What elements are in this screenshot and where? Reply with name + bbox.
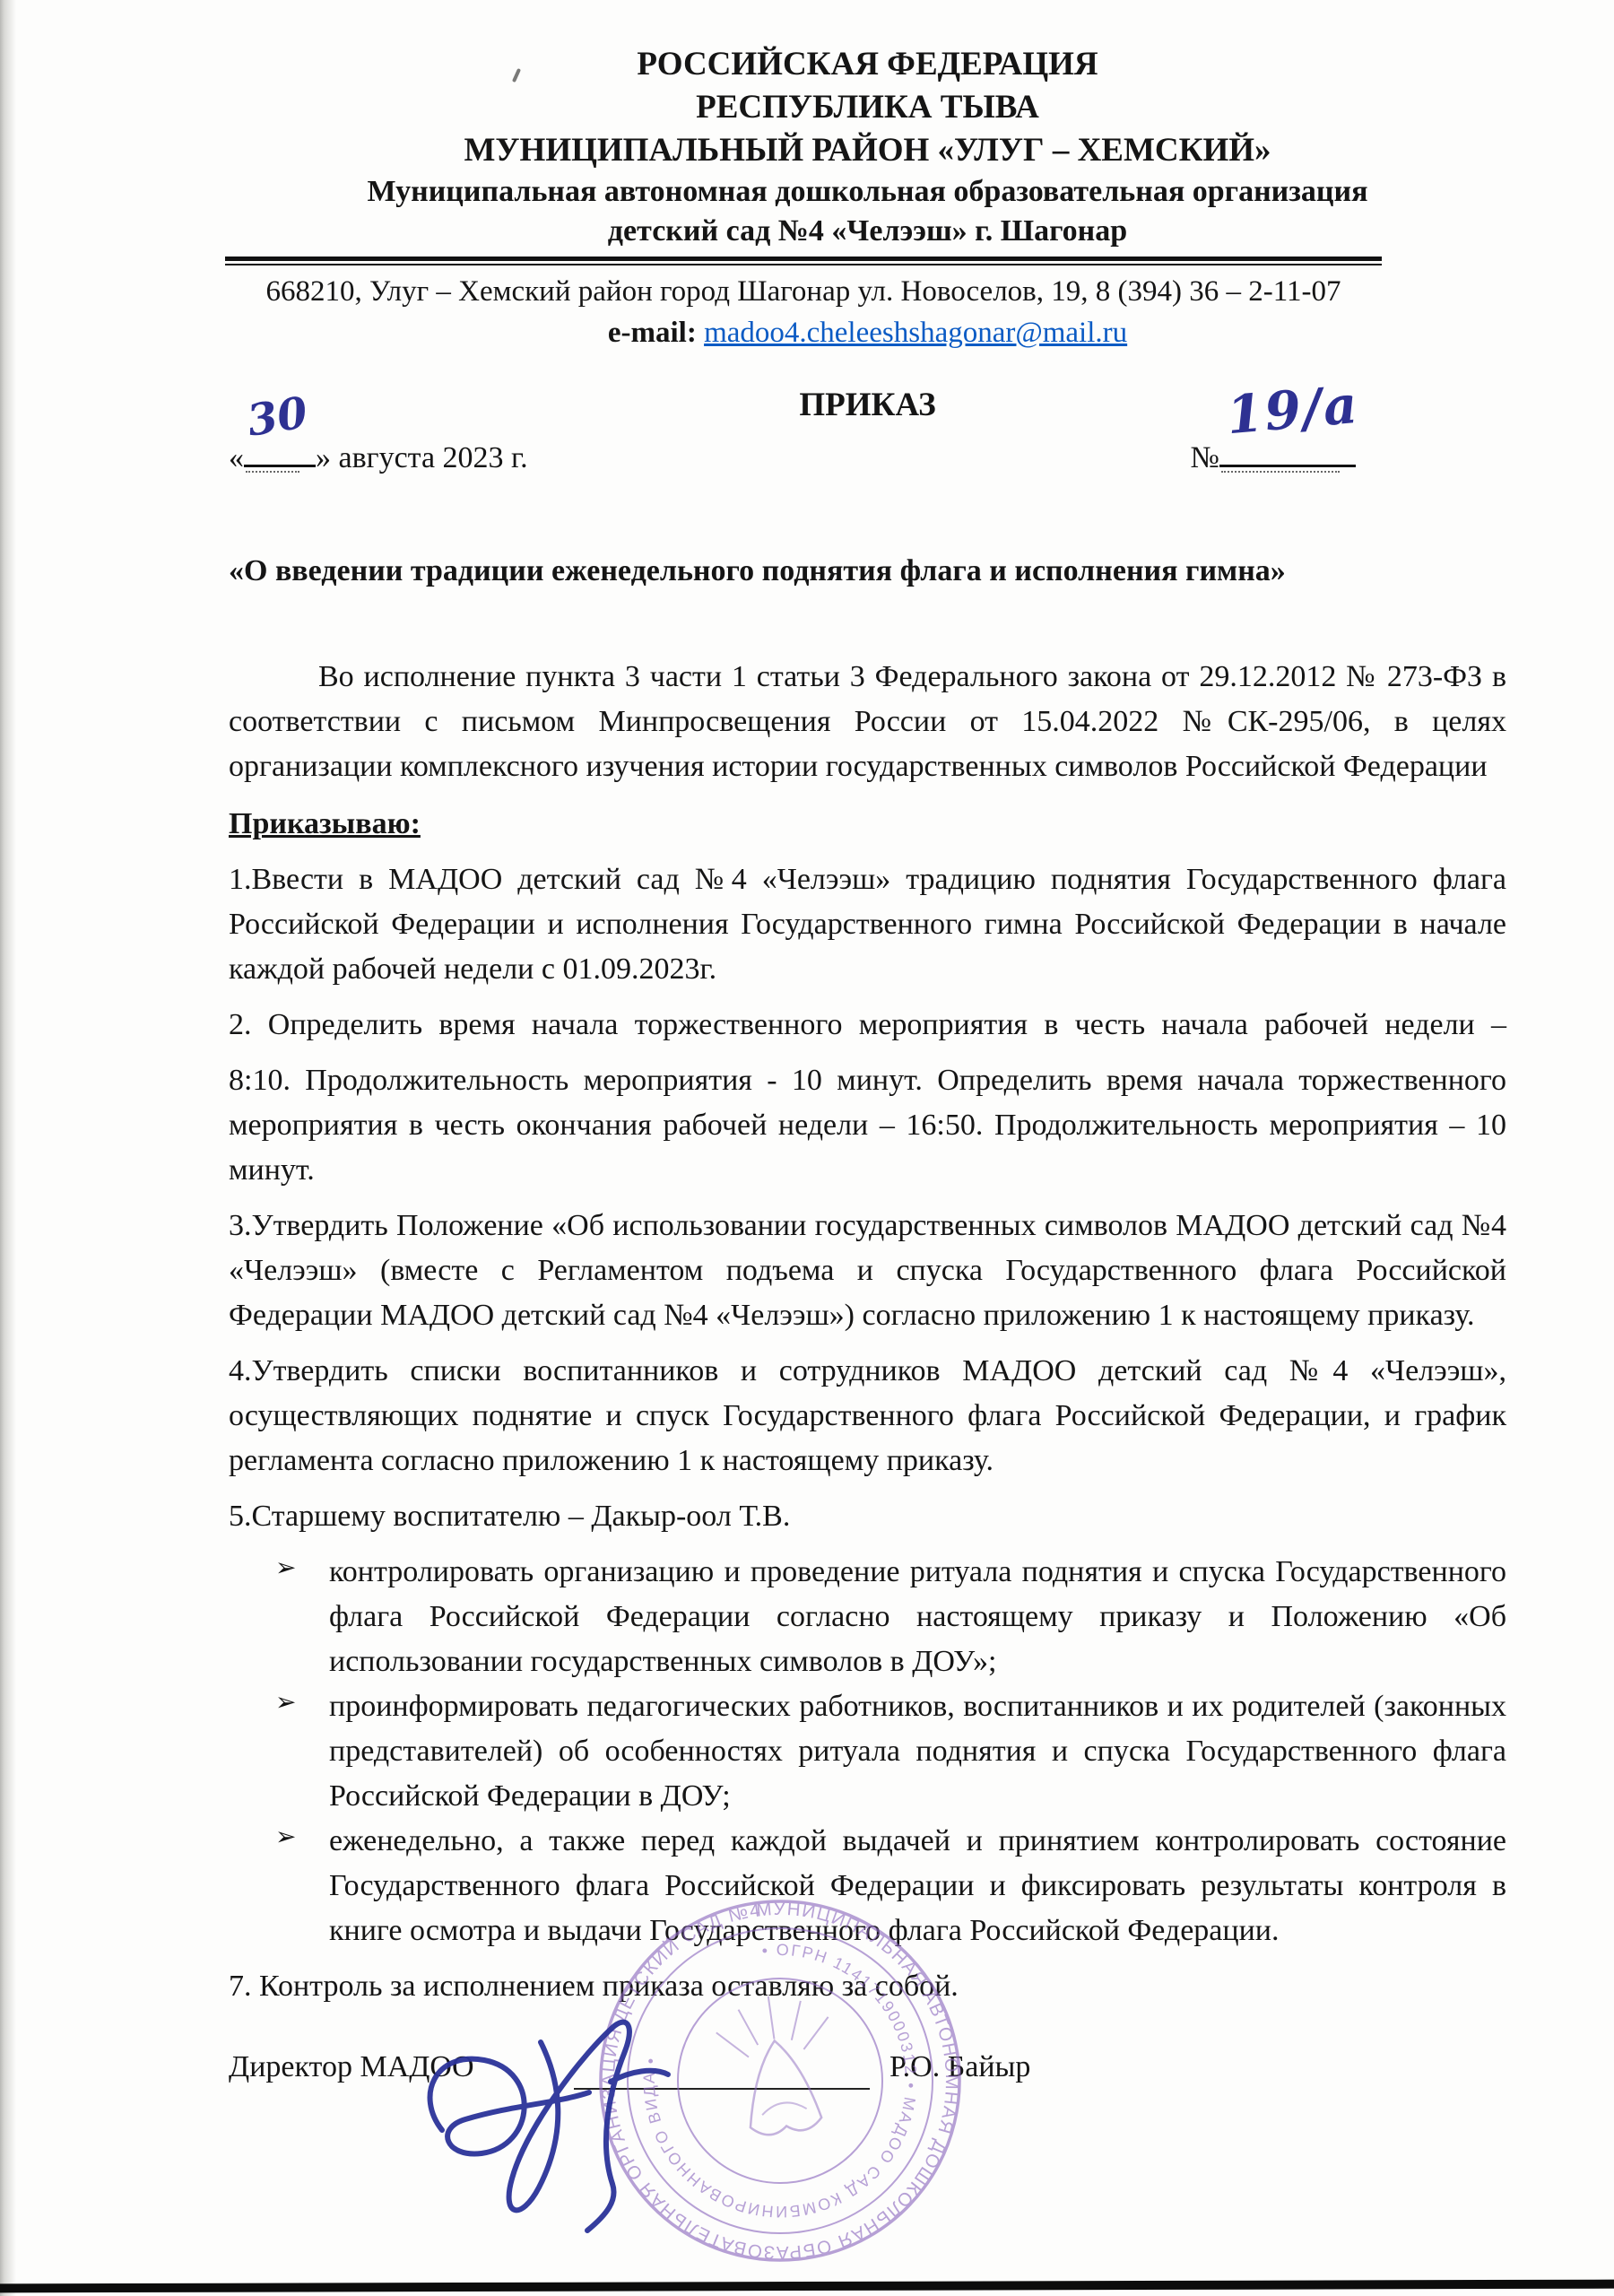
address-wrap: 668210, Улуг – Хемский район город Шагон… [225, 271, 1382, 312]
number-dotted-artifact [1221, 471, 1340, 473]
header-district: МУНИЦИПАЛЬНЫЙ РАЙОН «УЛУГ – ХЕМСКИЙ» [229, 129, 1506, 172]
order-date: «30» августа 2023 г. [229, 434, 528, 481]
date-blank-line: 30 [244, 434, 316, 467]
header-country: РОССИЙСКАЯ ФЕДЕРАЦИЯ [229, 43, 1506, 86]
header-organization: Муниципальная автономная дошкольная обра… [229, 172, 1506, 212]
resolve-word: Приказываю: [229, 802, 1506, 847]
email-line: e-mail: madoo4.cheleeshshagonar@mail.ru [229, 312, 1506, 353]
bullet-text-1: контролировать организацию и проведение … [329, 1550, 1506, 1684]
header-kindergarten: детский сад №4 «Челээш» г. Шагонар [229, 212, 1506, 251]
list-item: ➢ проинформировать педагогических работн… [229, 1684, 1506, 1819]
arrow-bullet-icon: ➢ [275, 1822, 296, 1851]
list-item: ➢ контролировать организацию и проведени… [229, 1550, 1506, 1684]
number-blank-line: 19/а [1219, 434, 1356, 467]
arrow-bullet-icon: ➢ [275, 1687, 296, 1717]
order-item-4: 4.Утвердить списки воспитанников и сотру… [229, 1349, 1506, 1483]
number-label: № [1191, 441, 1219, 474]
header-republic: РЕСПУБЛИКА ТЫВА [229, 86, 1506, 129]
preamble-paragraph: Во исполнение пункта 3 части 1 статьи 3 … [229, 655, 1506, 789]
date-number-row: «30» августа 2023 г. №19/а [229, 434, 1506, 481]
address-line: 668210, Улуг – Хемский район город Шагон… [225, 271, 1382, 312]
order-item-2-time: 8:10. Продолжительность мероприятия - 10… [229, 1058, 1506, 1193]
handwritten-date: 30 [245, 390, 311, 444]
handwritten-number: 19/а [1225, 382, 1360, 439]
bullet-text-2: проинформировать педагогических работник… [329, 1684, 1506, 1819]
scan-left-edge [0, 0, 16, 2296]
document-page: РОССИЙСКАЯ ФЕДЕРАЦИЯ РЕСПУБЛИКА ТЫВА МУН… [0, 0, 1614, 2296]
director-signature [399, 1996, 785, 2256]
email-link[interactable]: madoo4.cheleeshshagonar@mail.ru [704, 317, 1127, 349]
order-subject: «О введении традиции еженедельного подня… [229, 549, 1506, 594]
header-rule [225, 257, 1382, 265]
arrow-bullet-icon: ➢ [275, 1552, 296, 1582]
order-item-2: 2. Определить время начала торжественног… [229, 1003, 1506, 1048]
date-open-quote: « [229, 441, 244, 474]
order-item-5: 5.Старшему воспитателю – Дакыр-оол Т.В. [229, 1494, 1506, 1539]
order-item-3: 3.Утвердить Положение «Об использовании … [229, 1204, 1506, 1338]
date-rest: » августа 2023 г. [316, 441, 528, 474]
order-item-1: 1.Ввести в МАДОО детский сад №4 «Челээш»… [229, 857, 1506, 992]
date-dotted-artifact [246, 471, 299, 473]
scan-bottom-edge [0, 2280, 1614, 2293]
order-number: №19/а [1191, 434, 1356, 481]
email-label: e-mail: [608, 317, 697, 349]
document-content: РОССИЙСКАЯ ФЕДЕРАЦИЯ РЕСПУБЛИКА ТЫВА МУН… [229, 43, 1506, 2090]
